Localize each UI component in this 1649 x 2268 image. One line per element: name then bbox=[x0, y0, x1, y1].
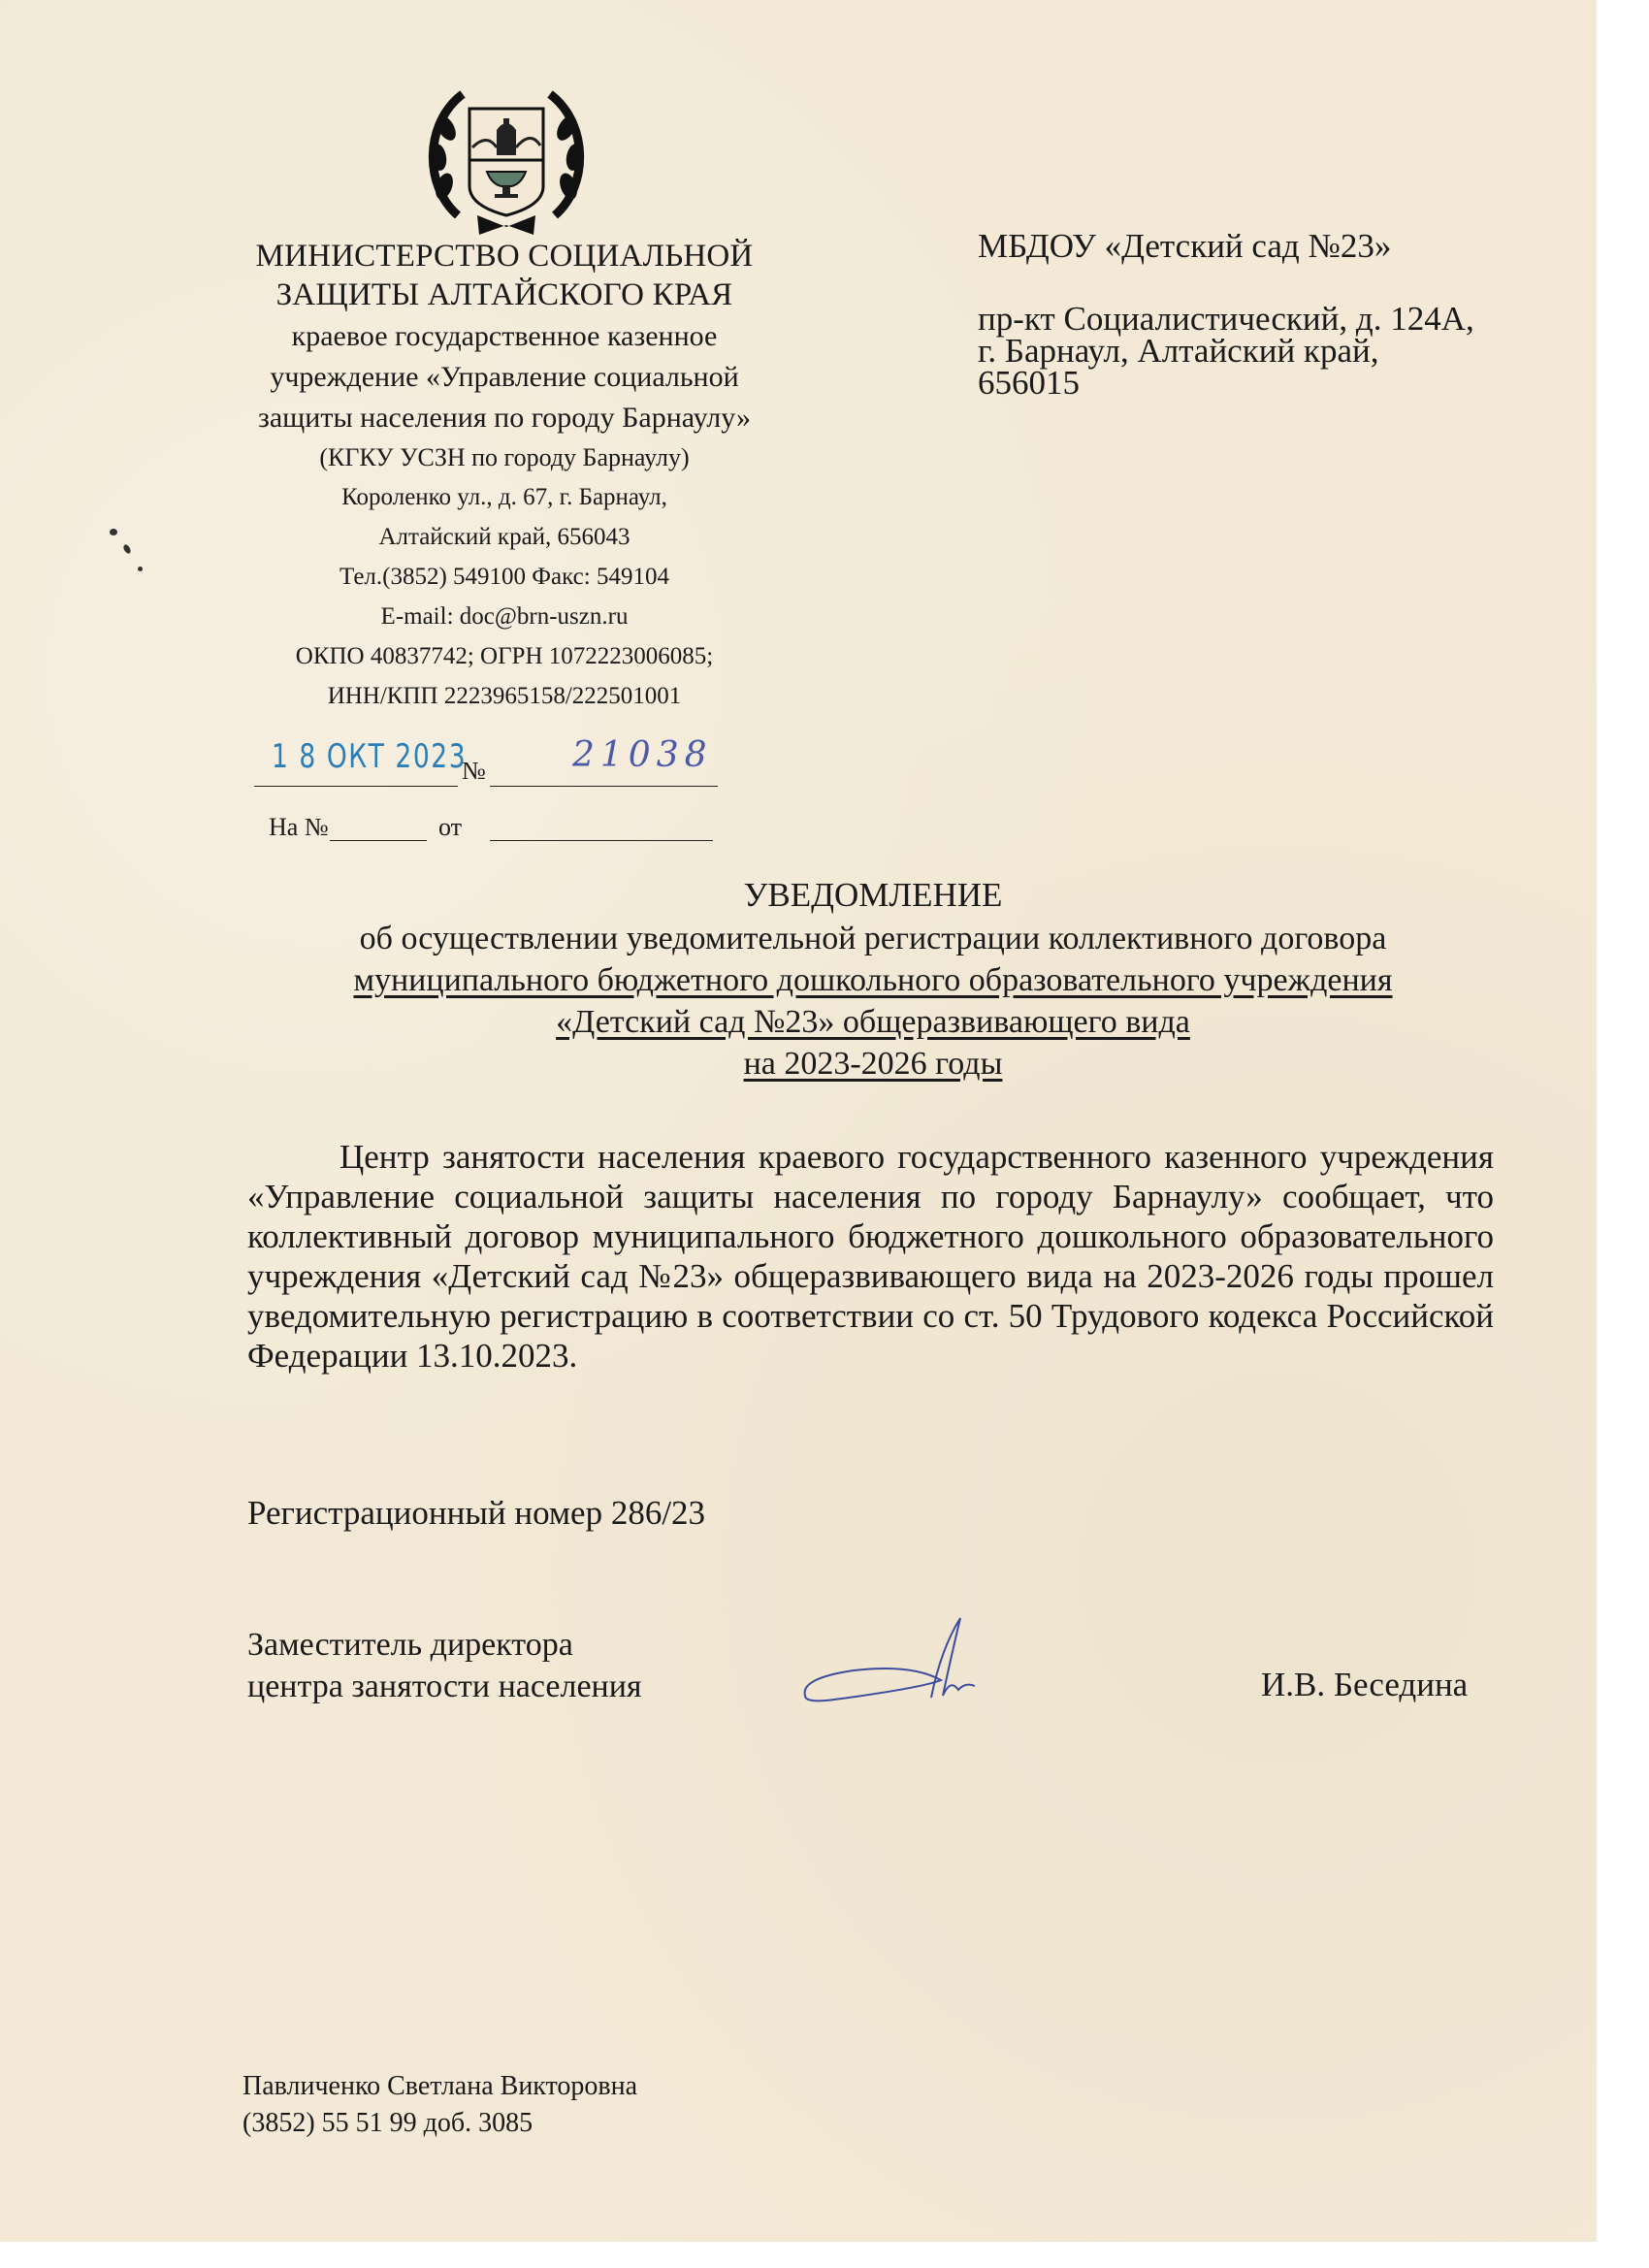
reply-date-line bbox=[490, 840, 713, 841]
executor-block: Павличенко Светлана Викторовна (3852) 55… bbox=[242, 2068, 637, 2142]
institution-line: защиты населения по городу Барнаулу» bbox=[184, 398, 824, 438]
institution-short-name: (КГКУ УСЗН по городу Барнаулу) bbox=[184, 438, 824, 477]
title-heading: УВЕДОМЛЕНИЕ bbox=[242, 873, 1503, 918]
sender-block: МИНИСТЕРСТВО СОЦИАЛЬНОЙ ЗАЩИТЫ АЛТАЙСКОГ… bbox=[184, 237, 824, 716]
scan-speck bbox=[110, 529, 117, 535]
date-line bbox=[254, 786, 458, 787]
address-line: г. Барнаул, Алтайский край, bbox=[978, 335, 1579, 367]
addressee-block: МБДОУ «Детский сад №23» пр-кт Социалисти… bbox=[978, 225, 1579, 399]
institution-name: краевое государственное казенное учрежде… bbox=[184, 316, 824, 438]
addressee-name: МБДОУ «Детский сад №23» bbox=[978, 225, 1579, 268]
signer-position: Заместитель директора центра занятости н… bbox=[247, 1624, 642, 1707]
body-paragraph: Центр занятости населения краевого госуд… bbox=[247, 1137, 1494, 1376]
scan-speck bbox=[122, 543, 132, 555]
signer-name: И.В. Беседина bbox=[1261, 1666, 1468, 1704]
sender-contacts: Короленко ул., д. 67, г. Барнаул, Алтайс… bbox=[184, 477, 824, 716]
reply-number-label: На № bbox=[269, 813, 329, 842]
phone-fax: Тел.(3852) 549100 Факс: 549104 bbox=[184, 557, 824, 597]
number-line bbox=[490, 786, 718, 787]
position-line: центра занятости населения bbox=[247, 1666, 642, 1707]
inn-kpp: ИНН/КПП 2223965158/222501001 bbox=[184, 676, 824, 716]
title-line: муниципального бюджетного дошкольного об… bbox=[353, 962, 1392, 998]
ministry-line: МИНИСТЕРСТВО СОЦИАЛЬНОЙ bbox=[184, 237, 824, 275]
address-line: Алтайский край, 656043 bbox=[184, 517, 824, 557]
ministry-name: МИНИСТЕРСТВО СОЦИАЛЬНОЙ ЗАЩИТЫ АЛТАЙСКОГ… bbox=[184, 237, 824, 314]
address-line: Короленко ул., д. 67, г. Барнаул, bbox=[184, 477, 824, 517]
title-line: «Детский сад №23» общеразвивающего вида bbox=[556, 1004, 1190, 1040]
handwritten-number: 21038 bbox=[572, 735, 713, 775]
reply-from-label: от bbox=[438, 813, 462, 842]
executor-name: Павличенко Светлана Викторовна bbox=[242, 2068, 637, 2105]
title-line: об осуществлении уведомительной регистра… bbox=[242, 918, 1503, 959]
okpo-ogrn: ОКПО 40837742; ОГРН 1072223006085; bbox=[184, 636, 824, 676]
ministry-line: ЗАЩИТЫ АЛТАЙСКОГО КРАЯ bbox=[184, 275, 824, 314]
coat-of-arms-icon bbox=[419, 70, 594, 244]
institution-line: краевое государственное казенное bbox=[184, 316, 824, 357]
registration-number: Регистрационный номер 286/23 bbox=[247, 1494, 705, 1533]
document-page: МИНИСТЕРСТВО СОЦИАЛЬНОЙ ЗАЩИТЫ АЛТАЙСКОГ… bbox=[0, 0, 1597, 2242]
number-label: № bbox=[462, 757, 486, 786]
handwritten-signature-icon bbox=[795, 1610, 989, 1707]
date-stamp: 1 8 ОКТ 2023 bbox=[272, 737, 467, 776]
position-line: Заместитель директора bbox=[247, 1624, 642, 1666]
executor-phone: (3852) 55 51 99 доб. 3085 bbox=[242, 2105, 637, 2142]
address-line: 656015 bbox=[978, 367, 1579, 399]
document-title: УВЕДОМЛЕНИЕ об осуществлении уведомитель… bbox=[242, 873, 1503, 1085]
addressee-address: пр-кт Социалистический, д. 124А, г. Барн… bbox=[978, 303, 1579, 399]
address-line: пр-кт Социалистический, д. 124А, bbox=[978, 303, 1579, 335]
email: E-mail: doc@brn-uszn.ru bbox=[184, 597, 824, 636]
reply-number-line bbox=[330, 840, 427, 841]
title-line: на 2023-2026 годы bbox=[744, 1046, 1003, 1082]
institution-line: учреждение «Управление социальной bbox=[184, 357, 824, 398]
scan-speck bbox=[138, 567, 143, 571]
